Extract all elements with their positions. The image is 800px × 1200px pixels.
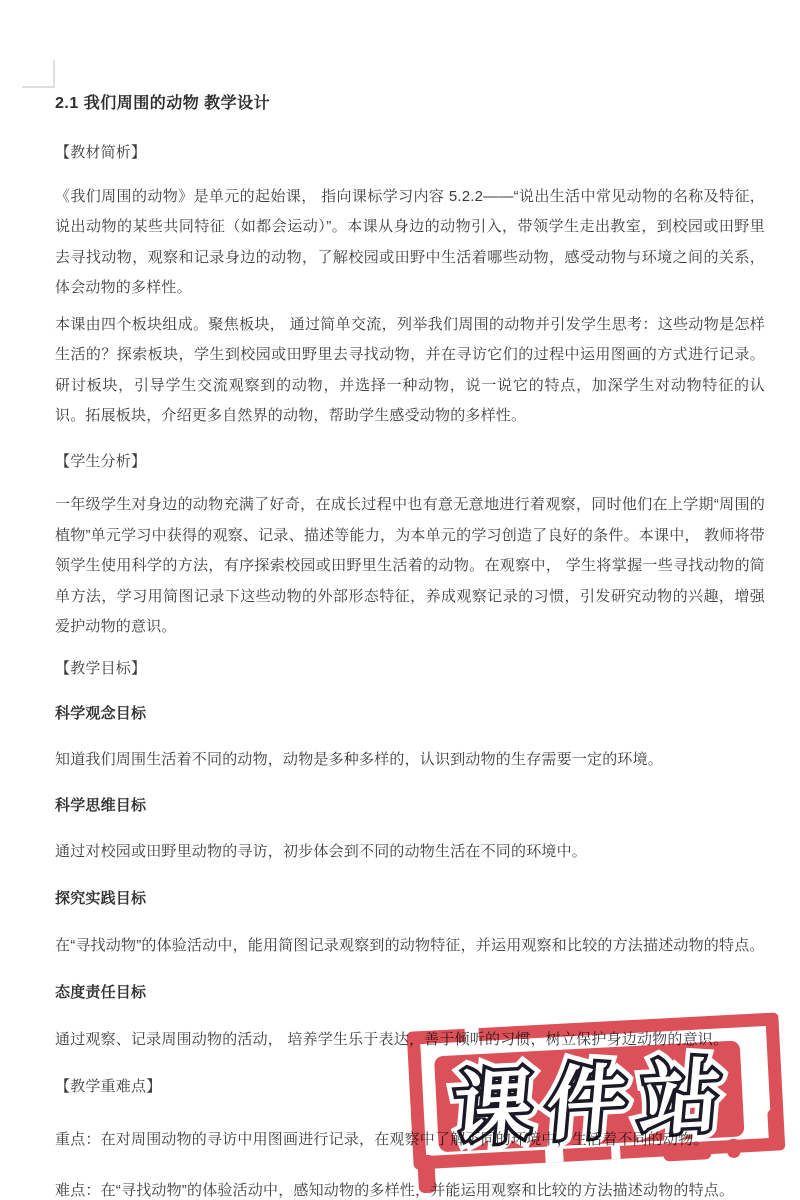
paragraph: 《我们周围的动物》是单元的起始课， 指向课标学习内容 5.2.2——“说出生活中… <box>55 182 765 304</box>
bracket-heading: 【教学重难点】 <box>55 1072 765 1103</box>
bracket-heading: 【教材简析】 <box>55 138 765 169</box>
paragraph: 通过对校园或田野里动物的寻访，初步体会到不同的动物生活在不同的环境中。 <box>55 837 765 868</box>
paragraph: 在“寻找动物”的体验活动中，能用简图记录观察到的动物特征，并运用观察和比较的方法… <box>55 931 765 962</box>
paragraph: 难点：在“寻找动物”的体验活动中，感知动物的多样性，并能运用观察和比较的方法描述… <box>55 1176 765 1200</box>
stamp-ink-dash <box>767 1108 782 1143</box>
paragraph: 通过观察、记录周围动物的活动， 培养学生乐于表达，善于倾听的习惯，树立保护身边动… <box>55 1025 765 1056</box>
text-boundary-corner-mark <box>22 60 55 88</box>
bracket-heading: 【学生分析】 <box>55 447 765 478</box>
goal-subheading: 探究实践目标 <box>55 884 765 915</box>
paragraph: 一年级学生对身边的动物充满了好奇，在成长过程中也有意无意地进行着观察，同时他们在… <box>55 490 765 643</box>
bracket-heading: 【教学目标】 <box>55 654 765 685</box>
goal-subheading: 态度责任目标 <box>55 978 765 1009</box>
document-title: 2.1 我们周围的动物 教学设计 <box>55 93 765 115</box>
goal-subheading: 科学思维目标 <box>55 791 765 822</box>
paragraph: 本课由四个板块组成。聚焦板块， 通过简单交流，列举我们周围的动物并引发学生思考：… <box>55 310 765 432</box>
document-page: 2.1 我们周围的动物 教学设计 【教材简析】 《我们周围的动物》是单元的起始课… <box>0 0 800 1200</box>
paragraph: 重点：在对周围动物的寻访中用图画进行记录，在观察中了解不同的环境中，生活着不同的… <box>55 1125 765 1156</box>
paragraph: 知道我们周围生活着不同的动物，动物是多种多样的，认识到动物的生存需要一定的环境。 <box>55 745 765 776</box>
goal-subheading: 科学观念目标 <box>55 699 765 730</box>
